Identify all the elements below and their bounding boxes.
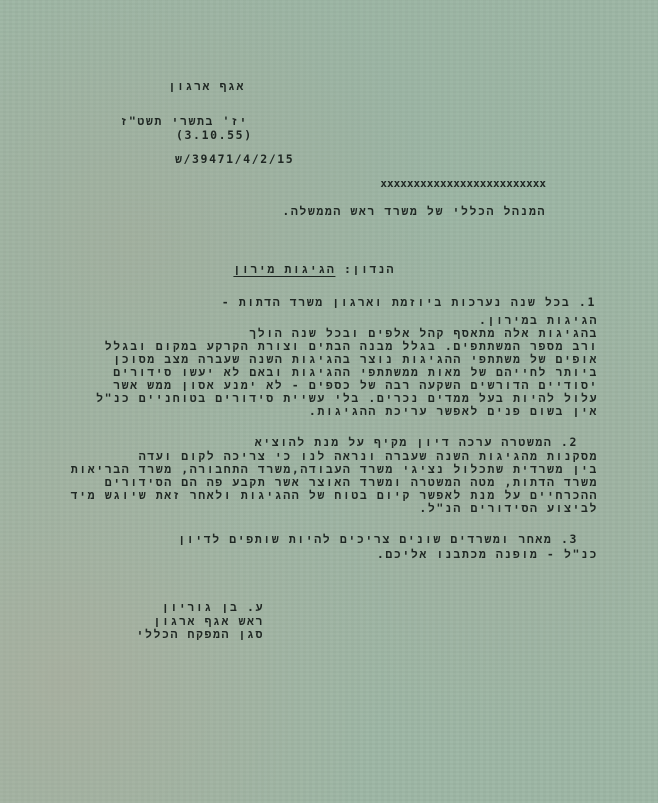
signatory-title-1: ראש אגף ארגון: [153, 614, 264, 628]
paragraph-1-line: יסודיים הדורשים השקעה רבה של כספים - לא …: [113, 378, 598, 392]
paragraph-2-line: לביצוע הסידורים הנ"ל.: [419, 501, 598, 515]
scanned-document-page: אגף ארגון יז' בתשרי תשט"ז (3.10.55) 3947…: [0, 0, 658, 803]
paragraph-2-line: מסקנות מהגיגות השנה שעברה ונראה לנו כי צ…: [139, 449, 598, 463]
paragraph-2-line: ההכרחיים על מנת לאפשר קיום בטוח של ההגיג…: [71, 488, 598, 502]
reference-number: 39471/4/2/15/ש: [175, 152, 294, 166]
struck-out-line: xxxxxxxxxxxxxxxxxxxxxxxxx: [380, 177, 546, 191]
paragraph-1-line: בהגיגות אלה מתאסף קהל אלפים ובכל שנה הול…: [249, 326, 598, 340]
signatory-name: ע. בן גוריון: [162, 600, 264, 614]
subject-label: הנדון:: [344, 262, 395, 276]
hebrew-date: יז' בתשרי תשט"ז: [120, 114, 248, 128]
gregorian-date: (3.10.55): [176, 128, 253, 142]
paragraph-2-line: בין משרדית שתכלול נציגי משרד העבודה,משרד…: [71, 462, 598, 476]
paragraph-1-line: אופים של משתתפי ההגיגות נוצר בהגיגות השנ…: [113, 352, 598, 366]
paragraph-3-line: 3. מאחר ומשרדים שונים צריכים להיות שותפי…: [178, 532, 578, 546]
paragraph-1-line: 1. בכל שנה נערכות ביוזמת וארגון משרד הדת…: [222, 295, 596, 309]
paragraph-1-line: הגיגות במירון.: [479, 313, 598, 327]
paragraph-1-line: ורב מספר המשתתפים. בגלל מבנה הבתים וצורת…: [105, 339, 598, 353]
paragraph-2-line: 2. המשטרה ערכה דיון מקיף על מנת להוציא: [255, 435, 578, 449]
recipient-line: המנהל הכללי של משרד ראש הממשלה.: [282, 204, 546, 218]
department-heading: אגף ארגון: [168, 79, 245, 93]
paragraph-1-line: אין בשום פנים לאפשר עריכת ההגיגות.: [309, 404, 598, 418]
paragraph-1-line: ביותר לחייהם של מאות ממשתתפי ההגיגות ובא…: [113, 365, 598, 379]
paragraph-2-line: משרד הדתות, מטה המשטרה ומשרד האוצר אשר ת…: [105, 475, 598, 489]
subject-line: הנדון: הגיגות מירון: [233, 262, 395, 276]
paragraph-1-line: עלול להיות בעל ממדים נכרים. בלי עשיית סי…: [96, 391, 598, 405]
signatory-title-2: סגן המפקח הכללי: [136, 627, 264, 641]
paragraph-3-line: כנ"ל - מופנה מכתבנו אליכם.: [377, 547, 598, 561]
subject-value: הגיגות מירון: [233, 262, 335, 276]
